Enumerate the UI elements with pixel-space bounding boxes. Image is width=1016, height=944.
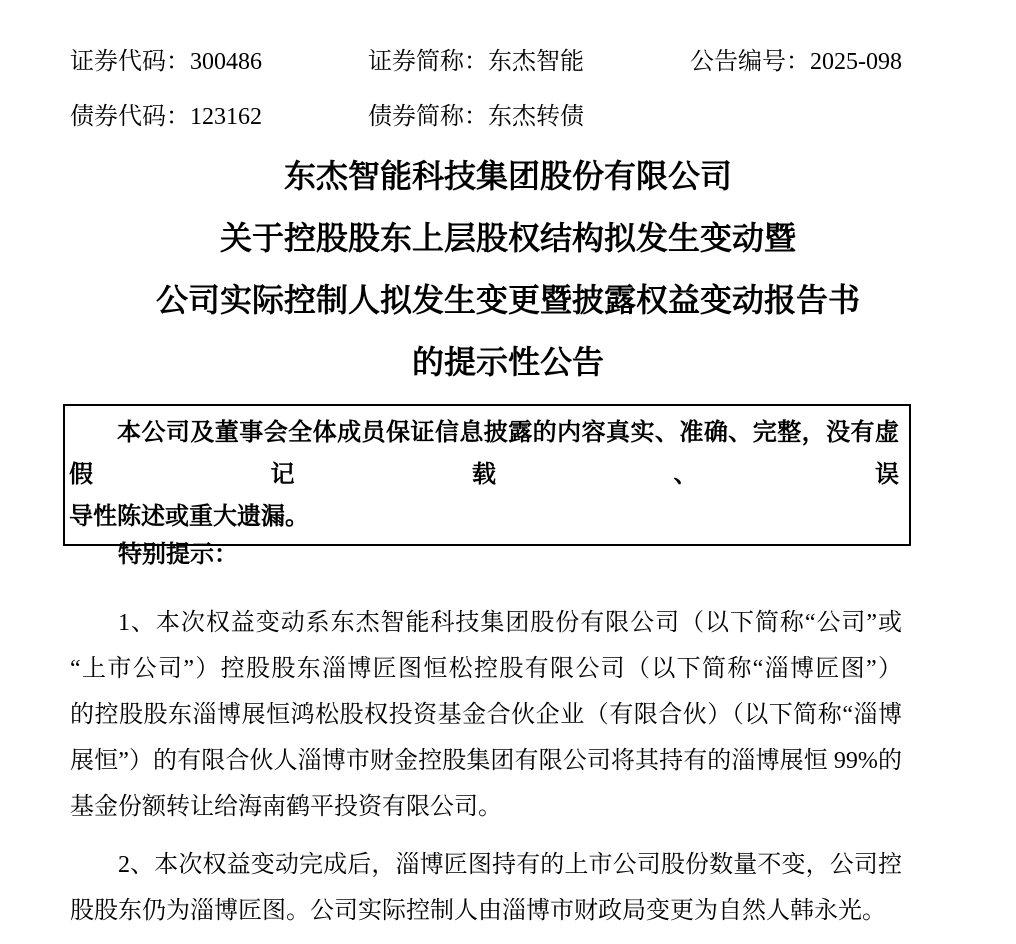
document-page: 证券代码：300486 证券简称：东杰智能 公告编号：2025-098 债券代码…: [0, 0, 1016, 944]
title-line-2: 关于控股股东上层股权结构拟发生变动暨: [0, 207, 1016, 269]
paragraph-1-line-2: “上市公司”）控股股东淄博匠图恒松控股有限公司（以下简称“淄博匠图”）: [70, 646, 902, 692]
disclaimer-box: 本公司及董事会全体成员保证信息披露的内容真实、准确、完整，没有虚假记载、误 导性…: [63, 404, 911, 546]
announcement-number: 公告编号：2025-098: [690, 45, 902, 79]
securities-header-row-1: 证券代码：300486 证券简称：东杰智能 公告编号：2025-098: [70, 45, 932, 79]
bond-code: 债券代码：123162: [70, 100, 262, 134]
paragraph-1: 1、本次权益变动系东杰智能科技集团股份有限公司（以下简称“公司”或 “上市公司”…: [70, 600, 902, 830]
announcement-title: 东杰智能科技集团股份有限公司 关于控股股东上层股权结构拟发生变动暨 公司实际控制…: [0, 145, 1016, 393]
bond-abbr: 债券简称：东杰转债: [368, 100, 584, 134]
disclaimer-line-2: 导性陈述或重大遗漏。: [69, 496, 899, 538]
paragraph-2-line-2: 股股东仍为淄博匠图。公司实际控制人由淄博市财政局变更为自然人韩永光。: [70, 888, 902, 934]
paragraph-2: 2、本次权益变动完成后，淄博匠图持有的上市公司股份数量不变，公司控 股股东仍为淄…: [70, 842, 902, 934]
stock-abbr: 证券简称：东杰智能: [368, 45, 584, 79]
disclaimer-line-1: 本公司及董事会全体成员保证信息披露的内容真实、准确、完整，没有虚假记载、误: [69, 412, 899, 496]
stock-code: 证券代码：300486: [70, 45, 262, 79]
paragraph-1-line-5: 基金份额转让给海南鹤平投资有限公司。: [70, 784, 902, 830]
securities-header-row-2: 债券代码：123162 债券简称：东杰转债: [70, 100, 932, 134]
paragraph-1-line-4: 展恒”）的有限合伙人淄博市财金控股集团有限公司将其持有的淄博展恒 99%的: [70, 738, 902, 784]
special-tip-heading: 特别提示：: [118, 538, 238, 572]
paragraph-1-line-3: 的控股股东淄博展恒鸿松股权投资基金合伙企业（有限合伙）（以下简称“淄博: [70, 692, 902, 738]
paragraph-1-line-1: 1、本次权益变动系东杰智能科技集团股份有限公司（以下简称“公司”或: [70, 600, 902, 646]
paragraph-2-line-1: 2、本次权益变动完成后，淄博匠图持有的上市公司股份数量不变，公司控: [70, 842, 902, 888]
title-line-4: 的提示性公告: [0, 331, 1016, 393]
title-line-3: 公司实际控制人拟发生变更暨披露权益变动报告书: [0, 269, 1016, 331]
title-line-1: 东杰智能科技集团股份有限公司: [0, 145, 1016, 207]
